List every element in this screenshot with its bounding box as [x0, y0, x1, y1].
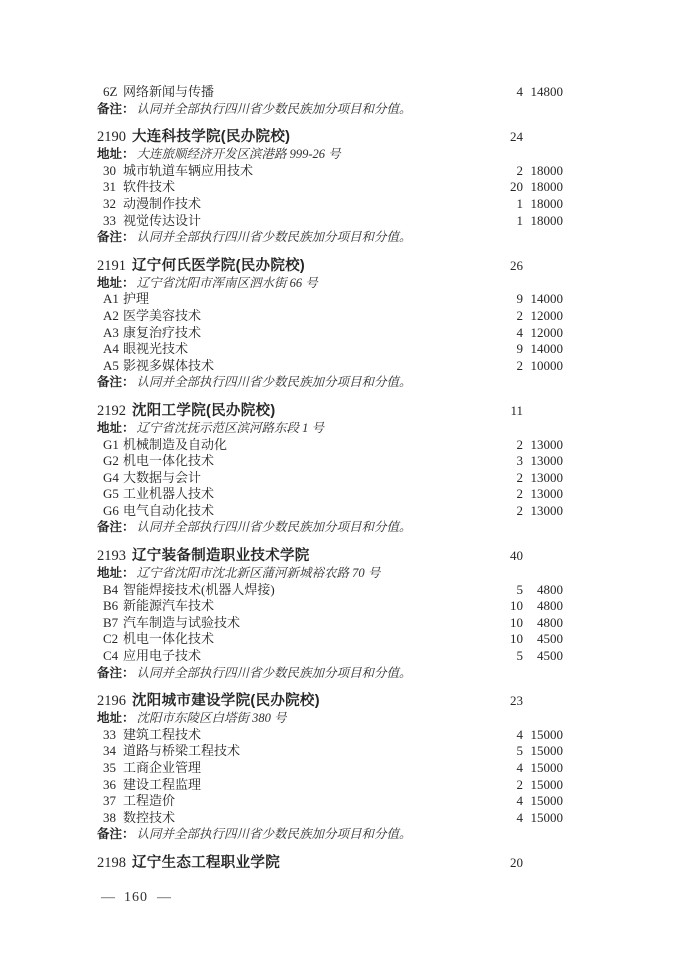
course-name: 视觉传达设计: [123, 213, 483, 230]
course-list: A1 护理 9 14000 A2 医学美容技术 2 12000 A3 康复治疗技…: [97, 291, 563, 374]
college-code: 2192: [97, 402, 126, 420]
course-row: A4 眼视光技术 9 14000: [97, 341, 563, 358]
course-row: A5 影视多媒体技术 2 10000: [97, 358, 563, 375]
course-row: G6 电气自动化技术 2 13000: [97, 503, 563, 520]
course-name: 工程造价: [123, 793, 483, 810]
course-code: G1: [103, 437, 121, 454]
course-plan-count: 4: [483, 84, 523, 101]
course-plan-count: 2: [483, 163, 523, 180]
college-section: 2193 辽宁装备制造职业技术学院 40 地址： 辽宁省沈阳市沈北新区蒲河新城裕…: [97, 547, 563, 681]
course-list: 6Z 网络新闻与传播 4 14800: [97, 84, 563, 101]
course-plan-count: 4: [483, 793, 523, 810]
course-row: B4 智能焊接技术(机器人焊接) 5 4800: [97, 582, 563, 599]
college-header-row: 2191 辽宁何氏医学院(民办院校) 26: [97, 257, 563, 275]
course-fee: 4800: [523, 598, 563, 615]
address-text: 沈阳市东陵区白塔街 380 号: [137, 710, 563, 727]
course-fee: 4800: [523, 615, 563, 632]
course-row: A2 医学美容技术 2 12000: [97, 308, 563, 325]
course-plan-count: 9: [483, 341, 523, 358]
course-fee: 18000: [523, 213, 563, 230]
course-row: 38 数控技术 4 15000: [97, 810, 563, 827]
address-label: 地址：: [97, 710, 135, 727]
college-remark-row: 备注： 认同并全部执行四川省少数民族加分项目和分值。: [97, 101, 563, 118]
course-code: 37: [103, 793, 121, 810]
course-fee: 14800: [523, 84, 563, 101]
course-fee: 14000: [523, 341, 563, 358]
course-code: C2: [103, 631, 121, 648]
course-plan-count: 2: [483, 470, 523, 487]
footer-dash-left: —: [101, 890, 115, 906]
college-remark-row: 备注： 认同并全部执行四川省少数民族加分项目和分值。: [97, 665, 563, 682]
course-name: 机电一体化技术: [123, 631, 483, 648]
college-list: 6Z 网络新闻与传播 4 14800 备注： 认同并全部执行四川省少数民族加分项…: [97, 84, 563, 872]
college-address-row: 地址： 沈阳市东陵区白塔街 380 号: [97, 710, 563, 727]
course-plan-count: 2: [483, 503, 523, 520]
address-label: 地址：: [97, 420, 135, 437]
course-name: 护理: [123, 291, 483, 308]
course-name: 影视多媒体技术: [123, 358, 483, 375]
college-plan-count: 40: [483, 547, 523, 565]
course-name: 智能焊接技术(机器人焊接): [123, 582, 483, 599]
course-name: 应用电子技术: [123, 648, 483, 665]
course-fee: 18000: [523, 179, 563, 196]
course-row: 33 建筑工程技术 4 15000: [97, 727, 563, 744]
course-fee: 14000: [523, 291, 563, 308]
address-label: 地址：: [97, 275, 135, 292]
course-fee: 13000: [523, 453, 563, 470]
course-fee: 4500: [523, 648, 563, 665]
address-text: 辽宁省沈抚示范区滨河路东段 1 号: [137, 420, 563, 437]
course-plan-count: 10: [483, 615, 523, 632]
college-remark-row: 备注： 认同并全部执行四川省少数民族加分项目和分值。: [97, 229, 563, 246]
course-name: 城市轨道车辆应用技术: [123, 163, 483, 180]
course-list: G1 机械制造及自动化 2 13000 G2 机电一体化技术 3 13000 G…: [97, 437, 563, 520]
remark-label: 备注：: [97, 519, 135, 536]
course-row: 32 动漫制作技术 1 18000: [97, 196, 563, 213]
course-name: 眼视光技术: [123, 341, 483, 358]
college-name: 辽宁生态工程职业学院: [132, 854, 483, 872]
course-row: A1 护理 9 14000: [97, 291, 563, 308]
course-row: 31 软件技术 20 18000: [97, 179, 563, 196]
college-name: 大连科技学院(民办院校): [132, 128, 483, 146]
course-code: B7: [103, 615, 121, 632]
course-row: 6Z 网络新闻与传播 4 14800: [97, 84, 563, 101]
college-header-row: 2193 辽宁装备制造职业技术学院 40: [97, 547, 563, 565]
college-section: 6Z 网络新闻与传播 4 14800 备注： 认同并全部执行四川省少数民族加分项…: [97, 84, 563, 117]
course-plan-count: 2: [483, 308, 523, 325]
course-code: G4: [103, 470, 121, 487]
course-code: C4: [103, 648, 121, 665]
remark-label: 备注：: [97, 101, 135, 118]
remark-text: 认同并全部执行四川省少数民族加分项目和分值。: [137, 665, 563, 682]
remark-label: 备注：: [97, 826, 135, 843]
course-row: C4 应用电子技术 5 4500: [97, 648, 563, 665]
course-code: 31: [103, 179, 121, 196]
course-fee: 15000: [523, 727, 563, 744]
address-text: 大连旅顺经济开发区滨港路 999-26 号: [137, 146, 563, 163]
course-name: 工业机器人技术: [123, 486, 483, 503]
college-code: 2196: [97, 692, 126, 710]
college-address-row: 地址： 大连旅顺经济开发区滨港路 999-26 号: [97, 146, 563, 163]
course-plan-count: 9: [483, 291, 523, 308]
course-row: 35 工商企业管理 4 15000: [97, 760, 563, 777]
course-name: 网络新闻与传播: [123, 84, 483, 101]
course-fee: 12000: [523, 325, 563, 342]
college-address-row: 地址： 辽宁省沈阳市沈北新区蒲河新城裕农路 70 号: [97, 565, 563, 582]
course-code: G2: [103, 453, 121, 470]
address-label: 地址：: [97, 146, 135, 163]
course-fee: 18000: [523, 163, 563, 180]
course-fee: 13000: [523, 503, 563, 520]
college-remark-row: 备注： 认同并全部执行四川省少数民族加分项目和分值。: [97, 519, 563, 536]
college-section: 2198 辽宁生态工程职业学院 20: [97, 854, 563, 872]
college-remark-row: 备注： 认同并全部执行四川省少数民族加分项目和分值。: [97, 826, 563, 843]
course-row: G2 机电一体化技术 3 13000: [97, 453, 563, 470]
college-plan-count: 20: [483, 854, 523, 872]
course-name: 道路与桥梁工程技术: [123, 743, 483, 760]
course-list: 30 城市轨道车辆应用技术 2 18000 31 软件技术 20 18000 3…: [97, 163, 563, 229]
document-page: 6Z 网络新闻与传播 4 14800 备注： 认同并全部执行四川省少数民族加分项…: [0, 0, 680, 961]
remark-label: 备注：: [97, 374, 135, 391]
college-code: 2198: [97, 854, 126, 872]
course-name: 新能源汽车技术: [123, 598, 483, 615]
course-plan-count: 4: [483, 325, 523, 342]
course-plan-count: 4: [483, 760, 523, 777]
college-name: 沈阳城市建设学院(民办院校): [132, 692, 483, 710]
course-row: 36 建设工程监理 2 15000: [97, 777, 563, 794]
course-name: 软件技术: [123, 179, 483, 196]
course-row: G4 大数据与会计 2 13000: [97, 470, 563, 487]
course-name: 动漫制作技术: [123, 196, 483, 213]
course-name: 数控技术: [123, 810, 483, 827]
college-header-row: 2192 沈阳工学院(民办院校) 11: [97, 402, 563, 420]
college-plan-count: 11: [483, 402, 523, 420]
course-plan-count: 2: [483, 358, 523, 375]
course-code: 33: [103, 727, 121, 744]
course-code: B4: [103, 582, 121, 599]
address-label: 地址：: [97, 565, 135, 582]
college-address-row: 地址： 辽宁省沈阳市浑南区泗水街 66 号: [97, 275, 563, 292]
course-name: 医学美容技术: [123, 308, 483, 325]
course-plan-count: 2: [483, 486, 523, 503]
remark-text: 认同并全部执行四川省少数民族加分项目和分值。: [137, 826, 563, 843]
course-list: 33 建筑工程技术 4 15000 34 道路与桥梁工程技术 5 15000 3…: [97, 727, 563, 827]
course-fee: 15000: [523, 777, 563, 794]
course-fee: 15000: [523, 810, 563, 827]
course-fee: 18000: [523, 196, 563, 213]
course-fee: 10000: [523, 358, 563, 375]
course-name: 康复治疗技术: [123, 325, 483, 342]
remark-label: 备注：: [97, 665, 135, 682]
course-fee: 13000: [523, 437, 563, 454]
course-code: A3: [103, 325, 121, 342]
course-code: A4: [103, 341, 121, 358]
course-plan-count: 10: [483, 631, 523, 648]
college-section: 2192 沈阳工学院(民办院校) 11 地址： 辽宁省沈抚示范区滨河路东段 1 …: [97, 402, 563, 536]
college-name: 辽宁何氏医学院(民办院校): [132, 257, 483, 275]
course-code: A1: [103, 291, 121, 308]
college-header-row: 2198 辽宁生态工程职业学院 20: [97, 854, 563, 872]
address-text: 辽宁省沈阳市浑南区泗水街 66 号: [137, 275, 563, 292]
remark-text: 认同并全部执行四川省少数民族加分项目和分值。: [137, 374, 563, 391]
course-row: B7 汽车制造与试验技术 10 4800: [97, 615, 563, 632]
course-row: 30 城市轨道车辆应用技术 2 18000: [97, 163, 563, 180]
course-name: 电气自动化技术: [123, 503, 483, 520]
course-plan-count: 2: [483, 777, 523, 794]
course-name: 大数据与会计: [123, 470, 483, 487]
course-plan-count: 1: [483, 213, 523, 230]
course-fee: 4500: [523, 631, 563, 648]
course-name: 建设工程监理: [123, 777, 483, 794]
course-fee: 12000: [523, 308, 563, 325]
course-code: 34: [103, 743, 121, 760]
course-plan-count: 4: [483, 727, 523, 744]
course-plan-count: 5: [483, 648, 523, 665]
course-plan-count: 1: [483, 196, 523, 213]
college-code: 2193: [97, 547, 126, 565]
college-plan-count: 23: [483, 692, 523, 710]
course-name: 机电一体化技术: [123, 453, 483, 470]
course-name: 工商企业管理: [123, 760, 483, 777]
college-section: 2190 大连科技学院(民办院校) 24 地址： 大连旅顺经济开发区滨港路 99…: [97, 128, 563, 246]
college-code: 2191: [97, 257, 126, 275]
college-name: 沈阳工学院(民办院校): [132, 402, 483, 420]
course-plan-count: 5: [483, 743, 523, 760]
college-plan-count: 26: [483, 257, 523, 275]
college-plan-count: 24: [483, 128, 523, 146]
footer-dash-right: —: [157, 890, 171, 906]
college-address-row: 地址： 辽宁省沈抚示范区滨河路东段 1 号: [97, 420, 563, 437]
college-section: 2196 沈阳城市建设学院(民办院校) 23 地址： 沈阳市东陵区白塔街 380…: [97, 692, 563, 843]
course-code: B6: [103, 598, 121, 615]
course-row: B6 新能源汽车技术 10 4800: [97, 598, 563, 615]
course-plan-count: 20: [483, 179, 523, 196]
course-plan-count: 5: [483, 582, 523, 599]
course-code: 36: [103, 777, 121, 794]
course-code: G6: [103, 503, 121, 520]
course-row: G5 工业机器人技术 2 13000: [97, 486, 563, 503]
course-code: 32: [103, 196, 121, 213]
course-code: 30: [103, 163, 121, 180]
course-row: 33 视觉传达设计 1 18000: [97, 213, 563, 230]
course-plan-count: 4: [483, 810, 523, 827]
college-remark-row: 备注： 认同并全部执行四川省少数民族加分项目和分值。: [97, 374, 563, 391]
course-code: 33: [103, 213, 121, 230]
course-name: 建筑工程技术: [123, 727, 483, 744]
course-row: C2 机电一体化技术 10 4500: [97, 631, 563, 648]
college-code: 2190: [97, 128, 126, 146]
course-row: A3 康复治疗技术 4 12000: [97, 325, 563, 342]
remark-label: 备注：: [97, 229, 135, 246]
course-list: B4 智能焊接技术(机器人焊接) 5 4800 B6 新能源汽车技术 10 48…: [97, 582, 563, 665]
course-code: 6Z: [103, 84, 121, 101]
course-row: G1 机械制造及自动化 2 13000: [97, 437, 563, 454]
course-row: 34 道路与桥梁工程技术 5 15000: [97, 743, 563, 760]
course-fee: 13000: [523, 486, 563, 503]
course-name: 汽车制造与试验技术: [123, 615, 483, 632]
course-plan-count: 3: [483, 453, 523, 470]
course-fee: 4800: [523, 582, 563, 599]
college-header-row: 2190 大连科技学院(民办院校) 24: [97, 128, 563, 146]
course-code: A5: [103, 358, 121, 375]
remark-text: 认同并全部执行四川省少数民族加分项目和分值。: [137, 229, 563, 246]
course-code: A2: [103, 308, 121, 325]
course-fee: 15000: [523, 793, 563, 810]
course-code: 35: [103, 760, 121, 777]
course-row: 37 工程造价 4 15000: [97, 793, 563, 810]
college-section: 2191 辽宁何氏医学院(民办院校) 26 地址： 辽宁省沈阳市浑南区泗水街 6…: [97, 257, 563, 391]
course-name: 机械制造及自动化: [123, 437, 483, 454]
course-code: G5: [103, 486, 121, 503]
college-header-row: 2196 沈阳城市建设学院(民办院校) 23: [97, 692, 563, 710]
course-plan-count: 10: [483, 598, 523, 615]
page-number: 160: [124, 890, 148, 906]
course-fee: 13000: [523, 470, 563, 487]
course-plan-count: 2: [483, 437, 523, 454]
address-text: 辽宁省沈阳市沈北新区蒲河新城裕农路 70 号: [137, 565, 563, 582]
page-footer: — 160 —: [101, 890, 171, 906]
remark-text: 认同并全部执行四川省少数民族加分项目和分值。: [137, 519, 563, 536]
college-name: 辽宁装备制造职业技术学院: [132, 547, 483, 565]
remark-text: 认同并全部执行四川省少数民族加分项目和分值。: [137, 101, 563, 118]
course-fee: 15000: [523, 760, 563, 777]
course-code: 38: [103, 810, 121, 827]
course-fee: 15000: [523, 743, 563, 760]
